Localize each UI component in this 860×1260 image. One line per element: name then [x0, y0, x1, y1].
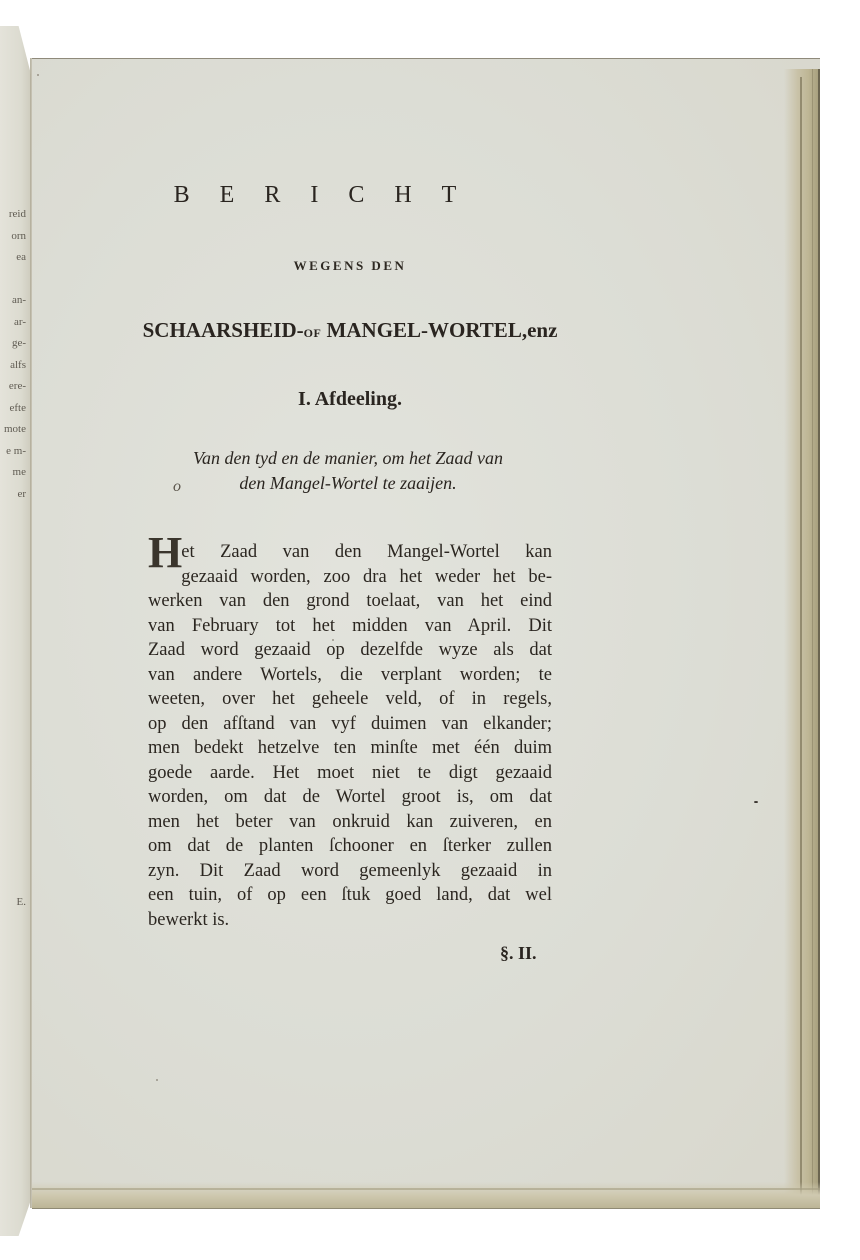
margin-fragment [0, 677, 26, 699]
body-line: men bedekt hetzelve ten minſte met één d… [148, 736, 552, 761]
drop-cap: H [148, 536, 181, 570]
margin-fragment: ea [0, 247, 26, 269]
margin-fragment: E. [0, 892, 26, 914]
margin-fragment [0, 699, 26, 721]
margin-fragment [0, 828, 26, 850]
margin-fragment [0, 505, 26, 527]
subtitle-line: den Mangel-Wortel te zaaijen. [146, 471, 550, 496]
page-edge-bottom-stain [32, 1182, 820, 1209]
section-subtitle: Van den tyd en de manier, om het Zaad va… [146, 446, 550, 496]
body-line: Zaad word gezaaid op dezelfde wyze als d… [148, 638, 552, 663]
body-line: goede aarde. Het moet niet te digt gezaa… [148, 761, 552, 786]
catchword: §. II. [500, 943, 537, 964]
body-line: een tuin, of op een ſtuk goed land, dat … [148, 883, 552, 908]
margin-fragment [0, 849, 26, 871]
margin-fragment: er [0, 484, 26, 506]
page-edge-right-stain [784, 69, 820, 1204]
paper-speck [156, 1079, 158, 1081]
margin-fragment [0, 570, 26, 592]
margin-fragment [0, 742, 26, 764]
margin-fragment: orn [0, 226, 26, 248]
heading-bericht: BERICHT [140, 182, 520, 209]
margin-fragment [0, 656, 26, 678]
margin-fragment: e m- [0, 441, 26, 463]
section-title: I. Afdeeling. [140, 388, 560, 411]
body-line: van andere Wortels, die verplant worden;… [148, 663, 552, 688]
body-line: worden, om dat de Wortel groot is, om da… [148, 785, 552, 810]
margin-fragment [0, 613, 26, 635]
margin-fragment [0, 634, 26, 656]
margin-fragment: efte [0, 398, 26, 420]
body-paragraph: H et Zaad van den Mangel-Wortel kan geza… [148, 534, 552, 932]
heading-title: SCHAARSHEID-OF MANGEL-WORTEL,enz [140, 318, 560, 343]
margin-fragment [0, 785, 26, 807]
margin-fragment: alfs [0, 355, 26, 377]
left-page-edge: reid orn ea an- ar- ge- alfs ere- efte m… [0, 26, 31, 1236]
margin-fragment [0, 763, 26, 785]
body-line: werken van den grond toelaat, van het ei… [148, 589, 552, 614]
margin-fragment [0, 720, 26, 742]
body-line: van February tot het midden van April. D… [148, 614, 552, 639]
margin-fragment [0, 806, 26, 828]
margin-fragment [0, 548, 26, 570]
body-line: zyn. Dit Zaad word gemeenlyk gezaaid in [148, 859, 552, 884]
subtitle-line: Van den tyd en de manier, om het Zaad va… [146, 446, 550, 471]
body-line: bewerkt is. [148, 908, 552, 933]
margin-fragment [0, 591, 26, 613]
title-part-1: SCHAARSHEID- [143, 318, 304, 342]
body-line: weeten, over het geheele veld, of in reg… [148, 687, 552, 712]
margin-fragment: mote [0, 419, 26, 441]
heading-wegens-den: WEGENS DEN [140, 258, 560, 274]
margin-fragment: an- [0, 290, 26, 312]
body-line: et Zaad van den Mangel-Wortel kan [148, 534, 552, 565]
margin-fragment: ere- [0, 376, 26, 398]
margin-fragment [0, 269, 26, 291]
paper-speck [754, 801, 758, 803]
margin-fragment [0, 527, 26, 549]
title-part-2: OF [304, 326, 322, 340]
body-line: gezaaid worden, zoo dra het weder het be… [148, 565, 552, 590]
left-page-margin-text: reid orn ea an- ar- ge- alfs ere- efte m… [0, 204, 26, 914]
title-part-3: MANGEL-WORTEL,enz [327, 318, 558, 342]
body-line: om dat de planten ſchooner en ſterker zu… [148, 834, 552, 859]
paper-speck [37, 74, 39, 76]
body-line: men het beter van onkruid kan zuiveren, … [148, 810, 552, 835]
margin-fragment: ge- [0, 333, 26, 355]
margin-fragment: me [0, 462, 26, 484]
body-line: op den afſtand van vyf duimen van elkand… [148, 712, 552, 737]
margin-fragment: ar- [0, 312, 26, 334]
stray-mark: o [173, 478, 181, 496]
margin-fragment: reid [0, 204, 26, 226]
margin-fragment [0, 871, 26, 893]
